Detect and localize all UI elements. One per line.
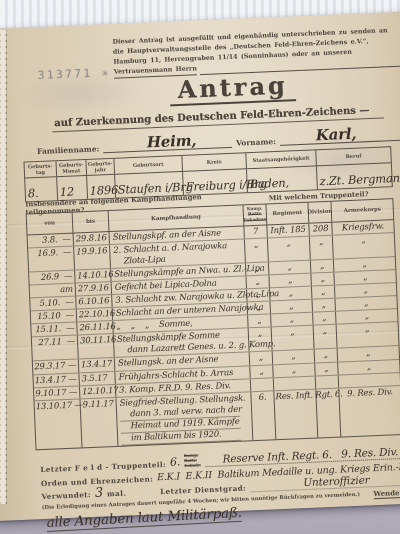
perforated-edge <box>0 30 7 504</box>
campaign-date-from: 29.3.17 — <box>33 360 79 374</box>
birth-header-cell: Beruf <box>316 147 391 165</box>
wounded-suffix: mal. <box>107 489 126 499</box>
surname-field: Heim, <box>103 131 233 153</box>
campaign-komp: „ <box>250 352 273 365</box>
firstname-field: Karl, <box>279 123 400 145</box>
column-header-armeekorps: Armeekorps <box>331 199 393 222</box>
campaign-date-from: 15.11. — <box>31 323 77 337</box>
campaign-komp: „ <box>248 302 271 315</box>
birth-header-cell: Kreis <box>182 153 247 171</box>
campaign-division: „ <box>315 362 338 375</box>
campaign-date-from: 3.8. — <box>28 234 74 248</box>
rank-value: Unteroffizier <box>303 474 369 489</box>
campaign-komp: „ <box>249 328 273 352</box>
campaign-date-to: 27.9.16 <box>76 282 112 296</box>
campaign-komp: 7 <box>244 225 267 238</box>
campaign-regiment: „ <box>269 274 311 288</box>
campaign-regiment: „ <box>270 287 312 301</box>
wounded-count: 3 <box>95 488 104 499</box>
campaign-date-from: 13.10.17 — <box>34 399 82 449</box>
campaign-regiment: „ <box>273 350 315 364</box>
campaign-date-to: 26.11.16 <box>77 321 113 335</box>
document-photo: 313771 ✳ Dieser Antrag ist ausgefüllt un… <box>0 0 400 534</box>
campaign-date-to: 30.11.16 <box>78 334 115 359</box>
page-title: Antrag <box>169 70 296 106</box>
campaign-komp: „ <box>250 365 273 378</box>
turn-over-label: Wenden! <box>373 488 400 499</box>
campaign-division: „ <box>312 286 335 299</box>
campaign-komp: „ <box>246 276 269 289</box>
campaign-date-to: 29.8.16 <box>74 232 110 246</box>
campaign-regiment <box>274 376 316 390</box>
campaign-division <box>316 375 339 388</box>
application-form-sheet: 313771 ✳ Dieser Antrag ist ausgefüllt un… <box>0 11 400 521</box>
campaign-division: „ <box>311 273 334 286</box>
birth-value-cell: 8. <box>25 177 58 201</box>
wounded-label: Verwundet: <box>41 490 91 501</box>
unit-type-stack: Komp. Battr. Eskadr. <box>184 453 201 468</box>
campaign-division: „ <box>313 312 336 325</box>
birth-value-cell: 1896 <box>87 175 116 199</box>
campaign-date-to: 12.10.17 <box>80 384 116 398</box>
campaign-date-to: 19.9.16 <box>74 245 111 270</box>
campaign-komp: 6. <box>251 391 276 440</box>
campaign-komp: „ <box>247 289 270 302</box>
surname-label: Familienname: <box>37 144 100 156</box>
column-header-bis: bis <box>73 211 110 232</box>
column-header-komp: Komp. Battr. Eskadron <box>243 204 267 225</box>
campaign-division: „ <box>311 260 334 273</box>
campaign-table: von bis Kampfhandlung Komp. Battr. Eskad… <box>26 198 400 450</box>
firstname-value: Karl, <box>315 125 356 145</box>
campaign-date-from: 13.4.17 — <box>33 373 79 387</box>
campaign-action: Siegfried-Stellung. Stellungsk.dann 3. m… <box>116 392 253 446</box>
birth-header-cell: Geburts- jahr <box>86 159 115 175</box>
campaign-date-to: 13.4.17 <box>79 358 115 372</box>
column-header-regiment: Regiment <box>266 203 309 225</box>
campaign-date-to: 14.10.16 <box>75 269 111 283</box>
birth-value-cell: 12 <box>57 176 88 200</box>
campaign-date-from: 9.10.17 — <box>34 386 80 400</box>
campaign-date-from: 15.10 — <box>31 310 77 324</box>
birth-header-cell: Geburts- tag <box>25 161 58 177</box>
eskadron-line: Eskadron <box>244 217 267 223</box>
campaign-date-from: 27.11 — <box>32 336 79 361</box>
campaign-regiment: „ <box>272 326 315 351</box>
campaign-regiment: „ <box>271 313 313 327</box>
campaign-date-from: 16.9. — <box>28 247 75 272</box>
campaign-regiment: „ <box>273 363 315 377</box>
column-header-division: Division <box>308 202 332 223</box>
surname-value: Heim, <box>147 131 197 151</box>
campaign-division: 208 <box>309 223 332 236</box>
campaign-regiment: „ <box>271 300 313 314</box>
campaign-date-from: 5.10. — <box>30 297 76 311</box>
campaign-body: 3.8. —29.8.16Stellungskpf. an der Aisne7… <box>28 220 400 449</box>
campaign-armeekorps: „ <box>337 322 399 348</box>
campaign-komp <box>251 378 274 391</box>
column-header-von: von <box>27 213 74 235</box>
campaign-division: „ <box>310 236 334 260</box>
birth-header-cell: Staatsangehörigkeit <box>246 150 317 168</box>
campaign-regiment: Inft. 185 <box>267 224 309 238</box>
campaign-regiment: Res. Inft. Rgt. 6. <box>274 389 318 439</box>
campaign-date-to: 9.11.17 <box>80 398 118 448</box>
campaign-komp: „ <box>248 315 271 328</box>
birth-header-cell: Geburts- Monat <box>56 160 87 176</box>
campaign-armeekorps: „ <box>333 233 395 259</box>
campaign-division <box>316 388 341 437</box>
campaign-division: „ <box>313 299 336 312</box>
firstname-label: Vorname: <box>236 137 276 148</box>
campaign-division: „ <box>315 349 338 362</box>
campaign-date-from: am <box>30 284 76 298</box>
campaign-date-to: 6.10.16 <box>76 295 112 309</box>
campaign-regiment: „ <box>269 261 311 275</box>
campaign-date-from: 26.9 — <box>29 271 75 285</box>
spacer <box>130 496 156 497</box>
campaign-division: „ <box>314 325 338 349</box>
campaign-armeekorps: 9. Res. Div. <box>339 386 400 437</box>
campaign-date-to: 22.10.16 <box>77 308 113 322</box>
birth-header-cell: Geburtsort <box>114 156 183 174</box>
campaign-date-to: 3.5.17 <box>79 371 115 385</box>
campaign-regiment: „ <box>268 237 311 262</box>
campaign-komp: „ <box>246 263 269 276</box>
last-unit-komp: 6. <box>170 456 181 469</box>
campaign-komp: „ <box>245 238 269 262</box>
